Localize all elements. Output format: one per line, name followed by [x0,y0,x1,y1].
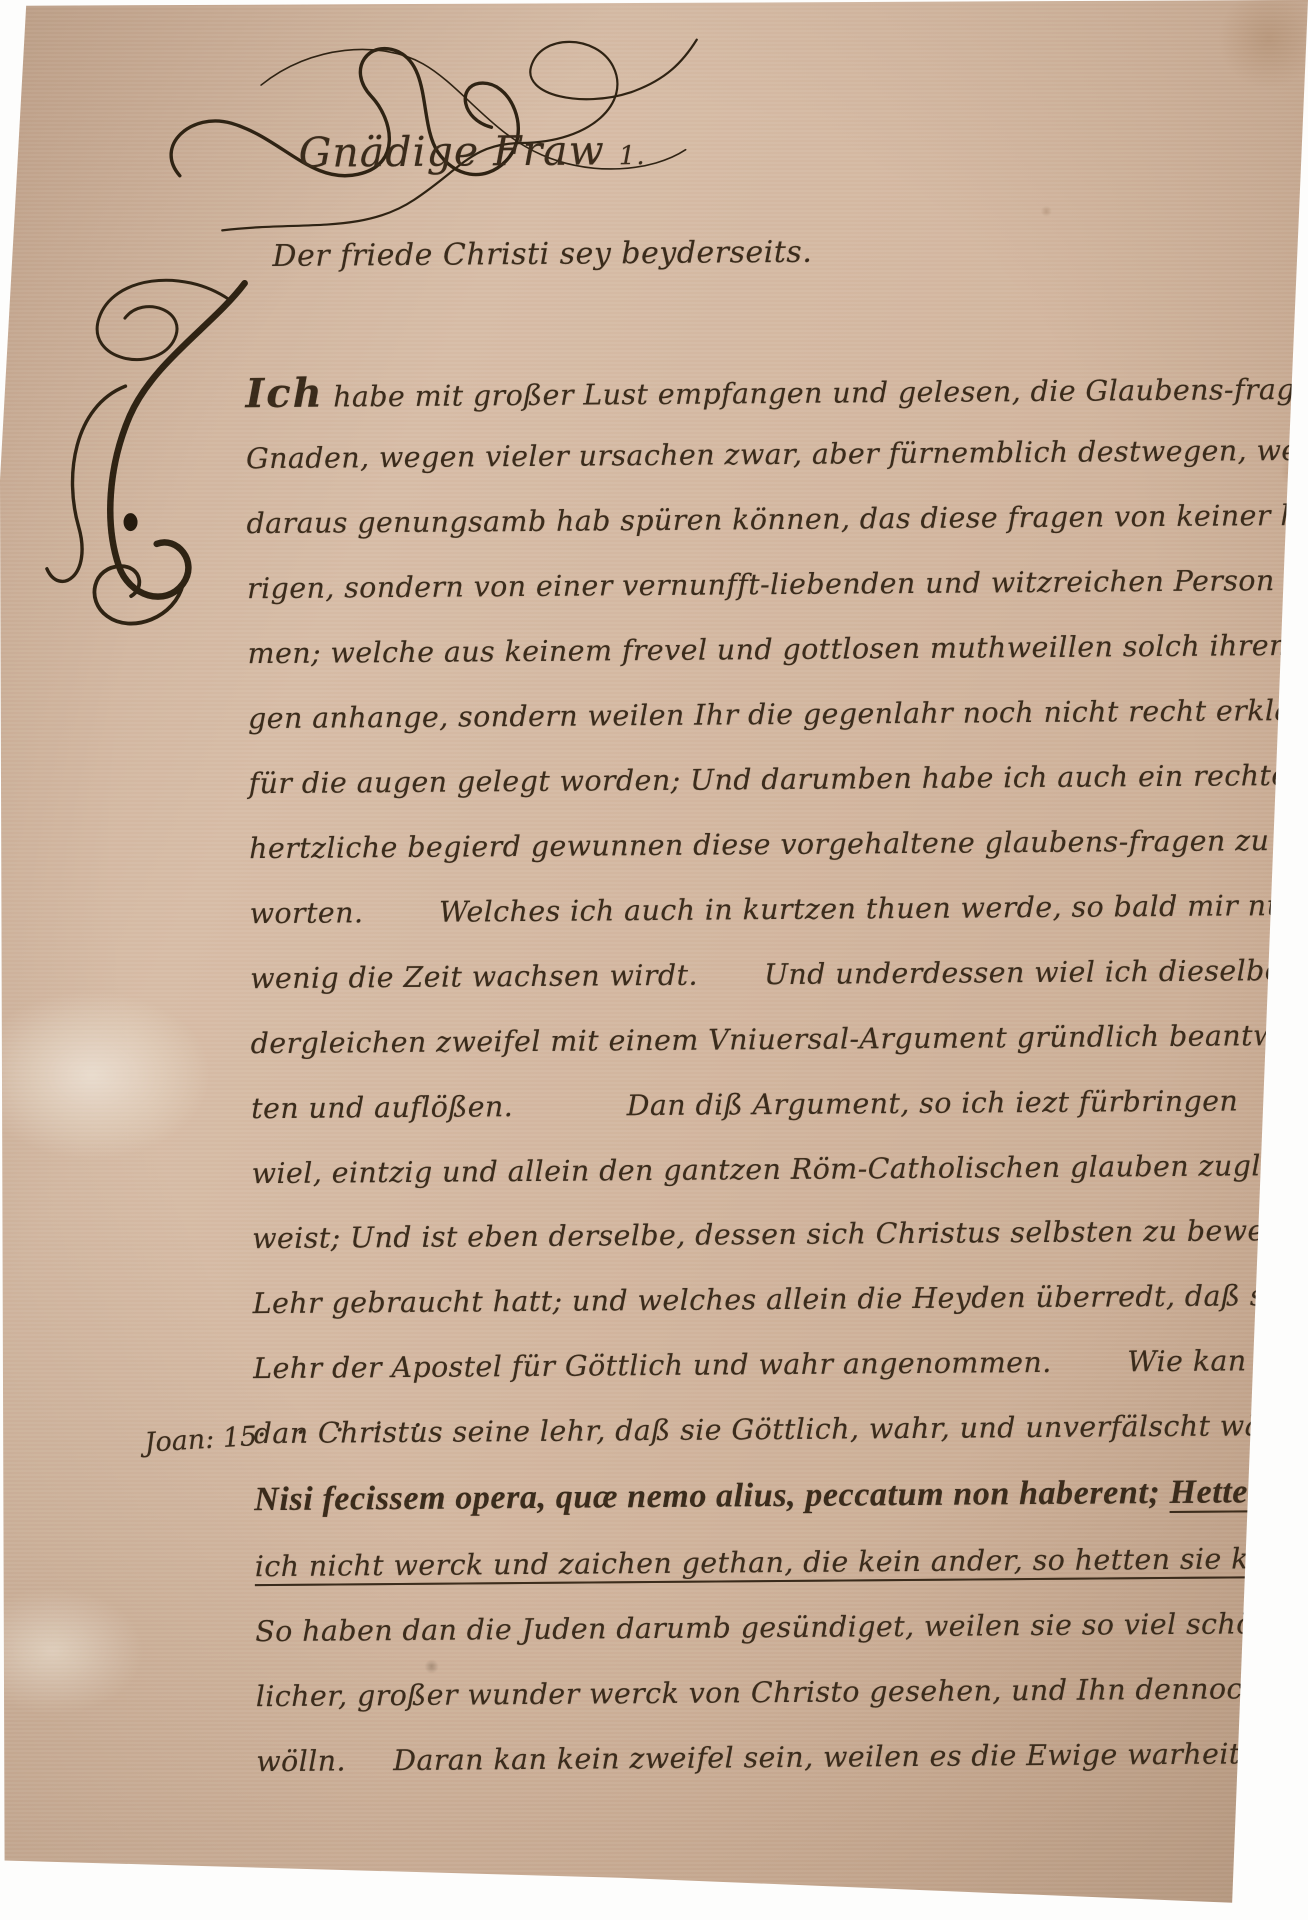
greeting-line: Der friede Christi sey beyderseits. [272,235,812,274]
body-line: Ich habe mit großer Lust empfangen und g… [245,353,1305,426]
body-line-underlined: ich nicht werck und zaichen gethan, die … [254,1526,1308,1599]
body-line: Lehr gebraucht hatt; und welches allein … [252,1263,1308,1336]
body-line: gen anhange, sondern weilen Ihr die gege… [248,678,1308,751]
aged-paper-sheet: Gnädige Fraw1. Der friede Christi sey be… [0,0,1308,1920]
ink-blot [123,513,137,531]
body-line: daraus genungsamb hab spüren können, das… [246,483,1306,556]
body-line: Gnaden, wegen vieler ursachen zwar, aber… [246,418,1306,491]
margin-note-reference: Joan: 15 [144,1421,258,1459]
salutation-heading: Gnädige Fraw1. [298,126,645,177]
body-line: weist; Und ist eben derselbe, dessen sic… [252,1198,1308,1271]
drop-word: Ich [245,370,324,418]
latin-quote-underlined-tail: Hette [1169,1473,1248,1511]
body-line: wiel, eintzig und allein den gantzen Röm… [251,1133,1308,1206]
ornate-initial-flourish-icon [33,265,276,647]
body-line: hertzliche begierd gewunnen diese vorgeh… [249,808,1308,881]
letter-body: Ich habe mit großer Lust empfangen und g… [245,353,1308,1794]
salutation-text: Gnädige Fraw [298,126,604,176]
latin-quote-text: Nisi fecissem opera, quæ nemo alius, pec… [254,1474,1170,1518]
body-line: für die augen gelegt worden; Und darumbe… [248,743,1308,816]
body-line: wenig die Zeit wachsen wirdt. Und underd… [250,938,1308,1011]
body-line: ten und auflößen. Dan diß Argument, so i… [251,1068,1308,1141]
body-line: wölln. Daran kan kein zweifel sein, weil… [256,1721,1308,1794]
body-line: men; welche aus keinem frevel und gottlo… [247,613,1307,686]
flourish-mark: 1. [619,141,646,171]
margin-note-dots: · · · · · [256,1407,434,1453]
manuscript-scan: Gnädige Fraw1. Der friede Christi sey be… [0,0,1308,1920]
sheet-content: Gnädige Fraw1. Der friede Christi sey be… [0,0,1308,1920]
body-line: licher, großer wunder werck von Christo … [256,1656,1308,1729]
body-line: dergleichen zweifel mit einem Vniuersal-… [250,1003,1308,1076]
body-line: worten. Welches ich auch in kurtzen thue… [249,873,1308,946]
body-line: So haben dan die Juden darumb gesündiget… [255,1591,1308,1664]
body-line: rigen, sondern von einer vernunfft-liebe… [247,548,1307,621]
